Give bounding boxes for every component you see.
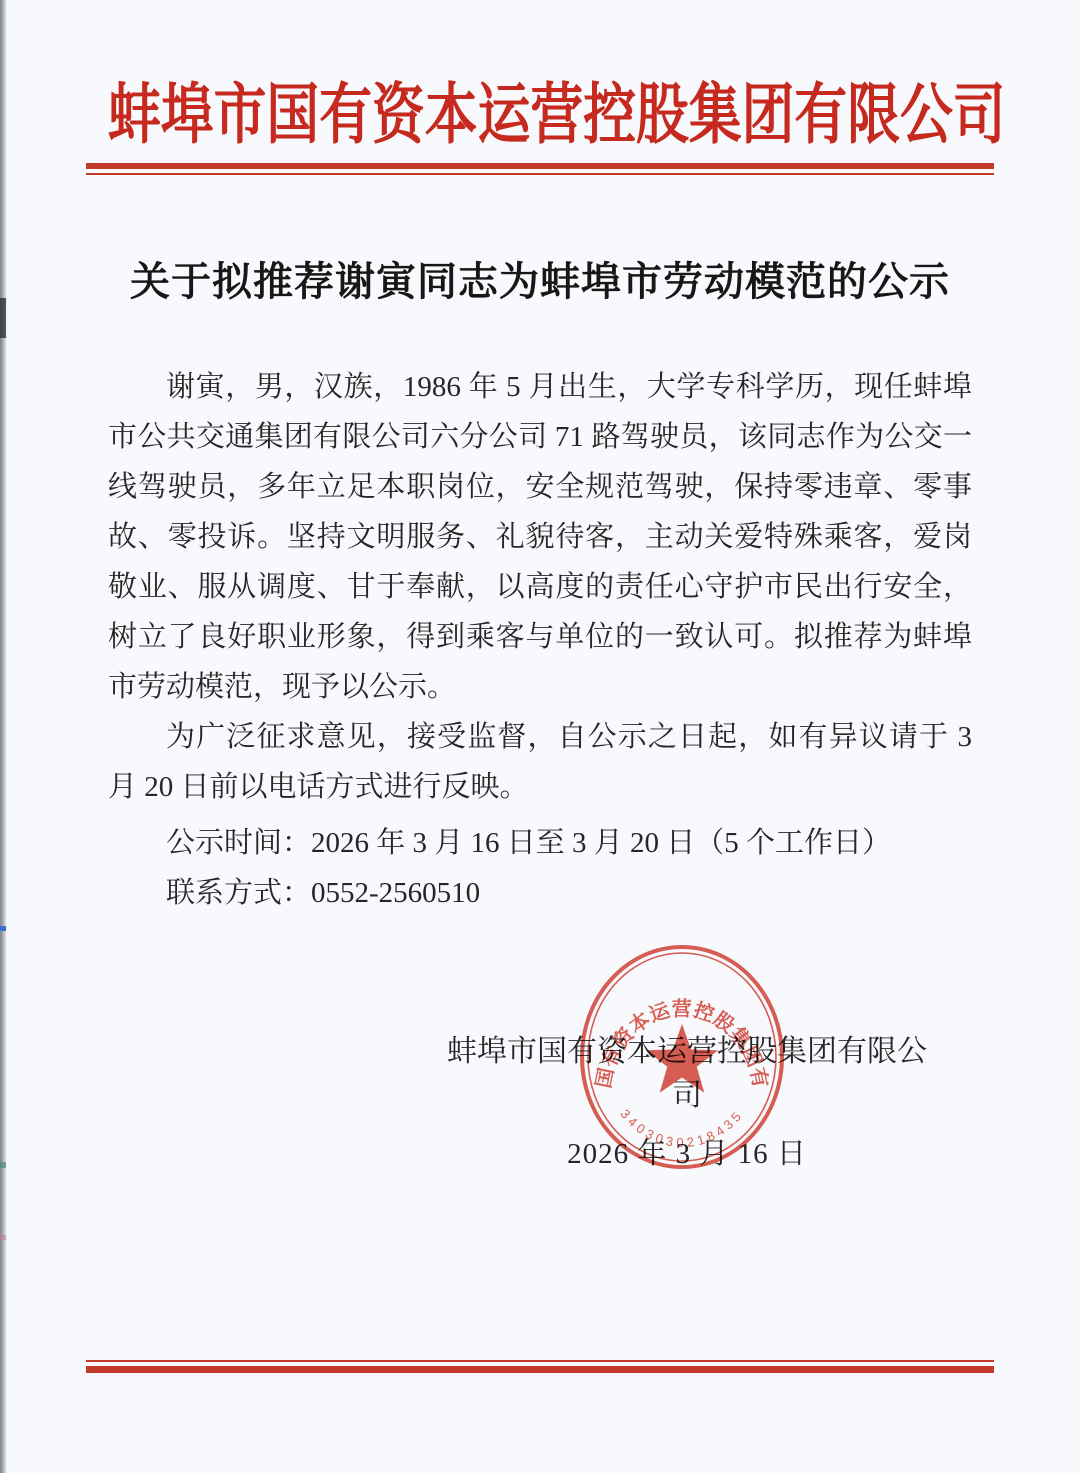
document-title: 关于拟推荐谢寅同志为蚌埠市劳动模范的公示 xyxy=(0,250,1080,307)
body-paragraph: 谢寅，男，汉族，1986 年 5 月出生，大学专科学历，现任蚌埠市公共交通集团有… xyxy=(108,362,972,712)
document-body: 谢寅，男，汉族，1986 年 5 月出生，大学专科学历，现任蚌埠市公共交通集团有… xyxy=(108,362,972,918)
scan-edge xyxy=(0,0,7,1473)
letterhead-divider xyxy=(86,163,994,175)
signature-date: 2026 年 3 月 16 日 xyxy=(440,1132,934,1176)
divider-thin-bar xyxy=(86,173,994,175)
body-paragraph: 为广泛征求意见，接受监督，自公示之日起，如有异议请于 3 月 20 日前以电话方… xyxy=(108,712,972,812)
footer-divider xyxy=(86,1360,994,1373)
letterhead-company-name: 蚌埠市国有资本运营控股集团有限公司 xyxy=(108,70,972,162)
scan-edge-artifact xyxy=(0,1162,6,1168)
publicity-time-line: 公示时间：2026 年 3 月 16 日至 3 月 20 日（5 个工作日） xyxy=(108,818,972,868)
scan-edge-artifact xyxy=(0,1235,6,1240)
signature-block: 蚌埠市国有资本运营控股集团有限公司 2026 年 3 月 16 日 xyxy=(440,1030,934,1176)
signature-organization: 蚌埠市国有资本运营控股集团有限公司 xyxy=(440,1030,934,1118)
scan-edge-artifact xyxy=(0,926,6,931)
document-page: 蚌埠市国有资本运营控股集团有限公司 关于拟推荐谢寅同志为蚌埠市劳动模范的公示 谢… xyxy=(0,0,1080,1473)
divider-thick-bar xyxy=(86,1366,994,1373)
contact-line: 联系方式：0552-2560510 xyxy=(108,868,972,918)
